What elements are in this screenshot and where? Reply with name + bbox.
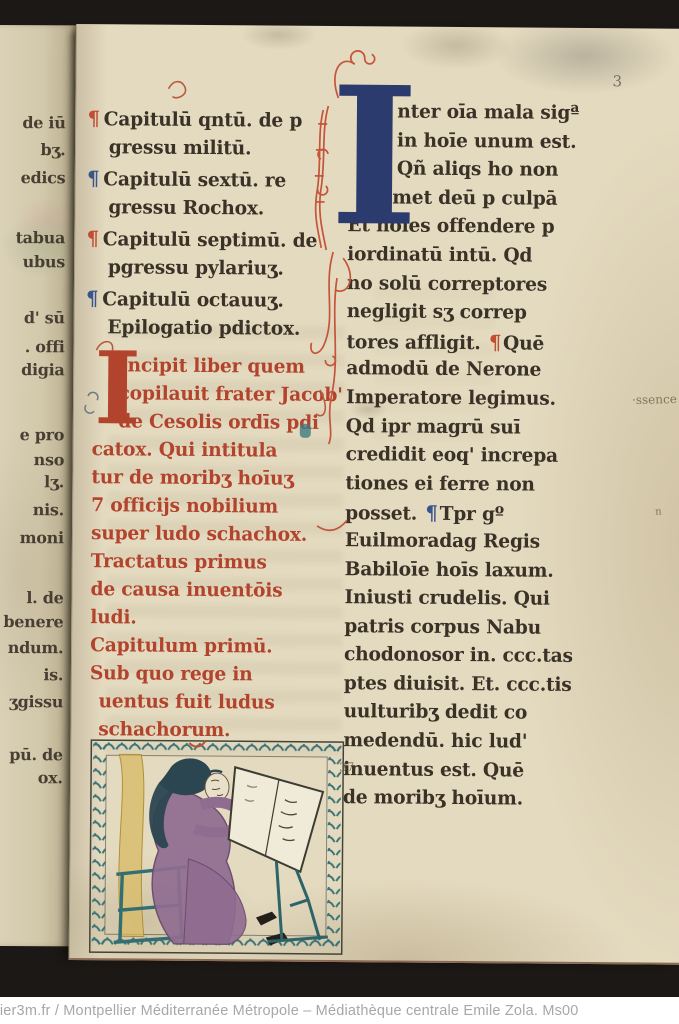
text-segment: e pro xyxy=(20,425,65,444)
text-segment: negligit sʒ correp xyxy=(347,300,527,323)
facing-page-text-fragment: nis. xyxy=(33,500,64,519)
text-segment: Qd ipr magrū suī xyxy=(346,415,521,438)
text-segment: lʒ. xyxy=(44,472,64,491)
text-segment: no solū correptores xyxy=(347,272,547,296)
facing-page-text-fragment: edics xyxy=(21,168,66,187)
text-segment: tabua xyxy=(16,228,66,247)
text-segment: Iniusti crudelis. Qui xyxy=(344,586,550,610)
text-segment: Capitulū septimū. de xyxy=(103,228,318,252)
text-segment: benere xyxy=(3,612,63,631)
folio-number: 3 xyxy=(612,72,622,90)
facing-page-text-fragment: moni xyxy=(20,528,64,547)
text-segment: ¶ xyxy=(87,166,99,190)
text-segment: de iū xyxy=(22,113,65,132)
rubric-text-line: tur de moribʒ hoīuʒ xyxy=(91,466,344,496)
text-segment: ʒgissu xyxy=(9,692,63,711)
left-column-chapter-list: ¶Capitulū qntū. de pgressu militū.¶Capit… xyxy=(98,106,352,348)
text-segment: ludi. xyxy=(90,606,136,628)
manuscript-text-line: ¶Capitulū octauuʒ. xyxy=(99,286,346,318)
text-segment: Epilogatio pdictox. xyxy=(107,316,300,340)
facing-page-text-fragment: ʒgissu xyxy=(9,692,63,711)
manuscript-page: 3 ¶Capitulū qntū. de pgressu militū.¶Cap… xyxy=(69,24,679,965)
manuscript-text-line: Iniusti crudelis. Qui xyxy=(344,586,638,617)
facing-page-text-fragment: bʒ. xyxy=(40,140,65,159)
text-segment: credidit eoq' increpa xyxy=(346,443,558,467)
text-segment: Imperatore legimus. xyxy=(346,386,556,410)
text-segment: Capitulū sextū. re xyxy=(103,168,286,191)
text-segment: Tractatus primus xyxy=(91,550,267,573)
text-segment: pū. de xyxy=(9,745,63,764)
manuscript-text-line: Qñ aliqs ho non xyxy=(348,157,642,188)
manuscript-text-line: admodū de Nerone xyxy=(346,357,640,388)
text-segment: Capitulū octauuʒ. xyxy=(102,288,284,311)
text-segment: moni xyxy=(20,528,64,547)
manuscript-text-line: ¶Capitulū qntū. de p xyxy=(100,106,347,138)
facing-page-text-fragment: l. de xyxy=(26,588,63,607)
text-segment: nso xyxy=(34,450,65,469)
lectern-stand xyxy=(268,862,329,942)
rubric-text-line: ncipit liber quem xyxy=(92,354,345,384)
manuscript-text-line: no solū correptores xyxy=(347,272,641,303)
text-segment: de moribʒ hoīum. xyxy=(343,786,523,809)
text-segment: Capitulū qntū. de p xyxy=(104,108,303,132)
text-segment: inuentus est. Quē xyxy=(343,758,524,781)
facing-page-text-fragment: digia xyxy=(21,360,64,379)
manuscript-text-line: uulturibʒ dedit co xyxy=(343,701,637,732)
manuscript-text-line: Et hoīes offendere p xyxy=(347,215,641,246)
marginal-note: n xyxy=(655,507,662,518)
text-segment: n xyxy=(655,507,662,518)
text-segment: ¶ xyxy=(86,226,98,250)
manuscript-text-line: Qd ipr magrū suī xyxy=(346,415,640,446)
text-segment: de Cesolis ordīs pdi xyxy=(118,410,319,434)
rubric-text-line: copilauit frater Jacob' xyxy=(92,382,345,412)
text-segment: ubus xyxy=(23,252,65,271)
text-segment: de causa inuentōis xyxy=(90,578,282,602)
text-segment: tores affligit. xyxy=(346,331,487,354)
facing-page-text-fragment: is. xyxy=(43,665,63,684)
manuscript-text-line: inuentus est. Quē xyxy=(343,758,637,789)
text-segment: Qñ aliqs ho non xyxy=(397,158,559,181)
text-segment: ¶ xyxy=(86,286,98,310)
rubric-text-line: Capitulum primū. xyxy=(90,634,343,664)
facing-page-text-fragment: lʒ. xyxy=(44,472,64,491)
text-segment: pgressu pylariuʒ. xyxy=(108,256,284,279)
text-segment: Euilmoradag Regis xyxy=(345,529,540,553)
text-segment: super ludo schachox. xyxy=(91,522,307,546)
text-segment: nis. xyxy=(33,500,64,519)
rubric-text-line: de Cesolis ordīs pdi xyxy=(92,410,345,440)
text-segment: tur de moribʒ hoīuʒ xyxy=(91,466,293,490)
facing-page-text-fragment: de iū xyxy=(22,113,65,132)
robe-lap xyxy=(184,859,247,944)
text-segment: l. de xyxy=(26,588,63,607)
text-segment: medendū. hic lud' xyxy=(343,729,527,752)
manuscript-text-line: ptes diuisit. Et. ccc.tis xyxy=(344,672,638,703)
text-segment: posset. xyxy=(345,502,423,525)
right-column-text: nter oīa mala sigªin hoīe unum est.Qñ al… xyxy=(343,100,649,817)
open-book xyxy=(228,767,323,872)
text-segment: Et hoīes offendere p xyxy=(347,215,554,239)
text-segment: timet deū p culpā xyxy=(377,186,558,209)
text-segment: in hoīe unum est. xyxy=(397,129,577,152)
manuscript-text-line: iordinatū intū. Qd xyxy=(347,243,641,274)
text-segment: patris corpus Nabu xyxy=(344,615,541,639)
text-segment: Capitulum primū. xyxy=(90,634,273,657)
manuscript-text-line: tores affligit. ¶Quē xyxy=(346,329,640,360)
facing-page-text-fragment: benere xyxy=(3,612,63,631)
manuscript-text-line: Euilmoradag Regis xyxy=(345,529,639,560)
text-segment: digia xyxy=(21,360,64,379)
text-segment: chodonosor in. ccc.tas xyxy=(344,643,573,667)
text-segment: ptes diuisit. Et. ccc.tis xyxy=(344,672,572,696)
text-segment: d' sū xyxy=(24,308,65,327)
text-segment: ndum. xyxy=(8,638,64,657)
text-segment: Tpr gº xyxy=(440,503,504,526)
manuscript-text-line: ¶Capitulū septimū. de xyxy=(99,226,346,258)
facing-page-text-fragment: ndum. xyxy=(8,638,64,657)
text-segment: iordinatū intū. Qd xyxy=(347,243,532,266)
rubric-text-line: de causa inuentōis xyxy=(90,578,343,608)
rubric-text-line: super ludo schachox. xyxy=(91,522,344,552)
facing-page-text-fragment: ox. xyxy=(38,768,63,787)
rubric-text-line: catox. Qui intitula xyxy=(92,438,345,468)
text-segment: . offi xyxy=(25,337,65,356)
text-segment: Sub quo rege in xyxy=(90,662,253,685)
text-segment: ncipit liber quem xyxy=(128,354,305,377)
manuscript-text-line: Imperatore legimus. xyxy=(346,386,640,417)
manuscript-text-line: pgressu pylariuʒ. xyxy=(99,256,346,288)
rubric-text-line: Tractatus primus xyxy=(91,550,344,580)
text-segment: ¶ xyxy=(87,106,99,130)
text-segment: 7 officijs nobilium xyxy=(91,494,278,517)
text-segment: gressu militū. xyxy=(109,136,252,159)
text-segment: catox. Qui intitula xyxy=(92,438,278,461)
left-column-rubric: ncipit liber quemcopilauit frater Jacob'… xyxy=(89,354,350,748)
shoe xyxy=(256,911,277,925)
text-segment: ¶ xyxy=(489,330,501,354)
facing-page-text-fragment: ubus xyxy=(23,252,65,271)
facing-page-text-fragment: e pro xyxy=(20,425,65,444)
manuscript-text-line: in hoīe unum est. xyxy=(348,129,642,160)
library-caption: llier3m.fr / Montpellier Méditerranée Mé… xyxy=(0,1003,579,1019)
text-segment: ¶ xyxy=(425,501,437,525)
photo-stage: de iūbʒ.edicstabuaubusd' sū. offidigiae … xyxy=(0,0,679,1024)
text-segment: nter oīa mala sigª xyxy=(397,101,579,124)
facing-page-text-fragment: tabua xyxy=(16,228,66,247)
text-segment: gressu Rochox. xyxy=(108,196,264,219)
rubric-text-line: 7 officijs nobilium xyxy=(91,494,344,524)
text-segment: bʒ. xyxy=(40,140,65,159)
rubric-text-line: uentus fuit ludus xyxy=(90,690,343,720)
text-segment: Babiloīe hoīs laxum. xyxy=(345,558,554,582)
manuscript-text-line: timet deū p culpā xyxy=(348,186,642,217)
manuscript-text-line: chodonosor in. ccc.tas xyxy=(344,643,638,674)
manuscript-text-line: tiones ei ferre non xyxy=(345,472,639,503)
text-segment: is. xyxy=(43,665,63,684)
text-segment: admodū de Nerone xyxy=(346,357,541,381)
facing-page-edge: de iūbʒ.edicstabuaubusd' sū. offidigiae … xyxy=(0,25,79,946)
manuscript-text-line: nter oīa mala sigª xyxy=(348,100,642,131)
facing-page-text-fragment: . offi xyxy=(25,337,65,356)
manuscript-text-line: medendū. hic lud' xyxy=(343,729,637,760)
rubric-text-line: ludi. xyxy=(90,606,343,636)
manuscript-text-line: negligit sʒ correp xyxy=(347,300,641,331)
manuscript-text-line: gressu militū. xyxy=(100,136,347,168)
scribe-miniature-illustration xyxy=(88,738,358,958)
caption-bar: llier3m.fr / Montpellier Méditerranée Mé… xyxy=(0,997,679,1024)
manuscript-text-line: posset. ¶Tpr gº xyxy=(345,500,639,531)
text-segment: edics xyxy=(21,168,66,187)
manuscript-text-line: de moribʒ hoīum. xyxy=(343,786,637,817)
manuscript-text-line: credidit eoq' increpa xyxy=(345,443,639,474)
manuscript-text-line: ¶Capitulū sextū. re xyxy=(100,166,347,198)
manuscript-text-line: patris corpus Nabu xyxy=(344,615,638,646)
text-segment: copilauit frater Jacob' xyxy=(118,382,342,406)
facing-page-text-fragment: d' sū xyxy=(24,308,65,327)
text-segment: uulturibʒ dedit co xyxy=(344,701,528,724)
text-segment: tiones ei ferre non xyxy=(345,472,535,495)
rubric-text-line: Sub quo rege in xyxy=(90,662,343,692)
text-segment: uentus fuit ludus xyxy=(98,690,274,713)
text-segment: Quē xyxy=(503,332,544,354)
manuscript-text-line: Epilogatio pdictox. xyxy=(98,316,345,348)
facing-page-text-fragment: pū. de xyxy=(9,745,63,764)
text-segment: ox. xyxy=(38,768,63,787)
facing-page-text-fragment: nso xyxy=(34,450,65,469)
manuscript-text-line: Babiloīe hoīs laxum. xyxy=(345,558,639,589)
manuscript-text-line: gressu Rochox. xyxy=(99,196,346,228)
